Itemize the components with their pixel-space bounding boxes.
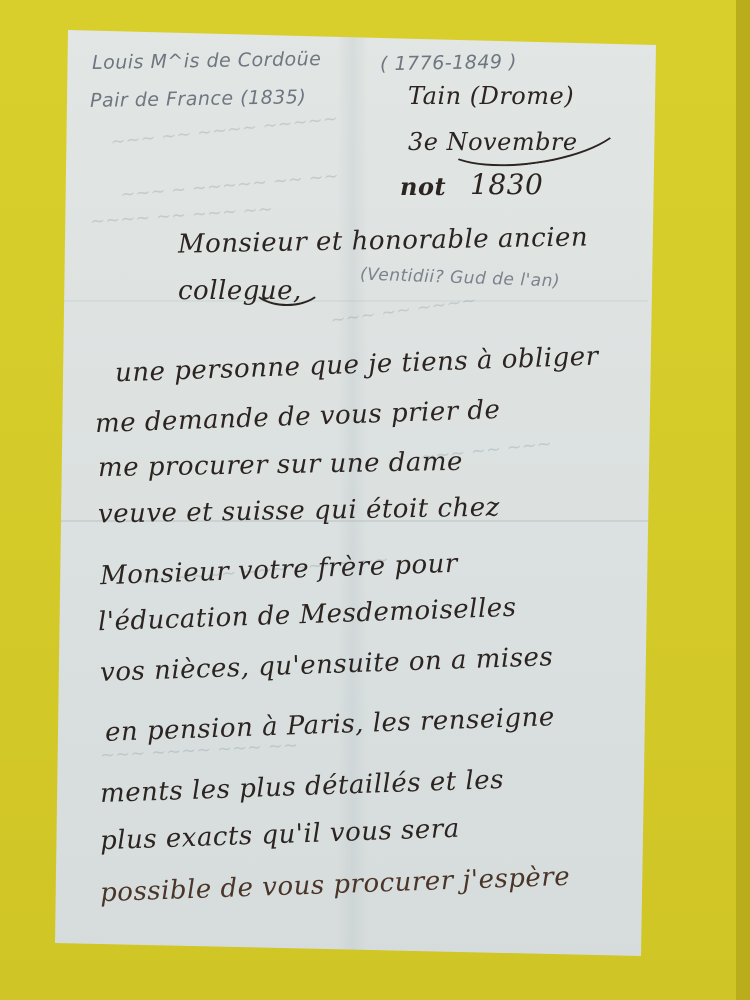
bleed-through-text: ~~~ ~~ ~~~~ ~~~~~ [110,108,339,153]
bleed-through-text: ~~~ ~~ ~~~~ [329,290,478,331]
background-edge-shadow [736,0,750,1000]
letter-year-prefix: not [400,172,446,201]
archival-title-annotation: Pair de France (1835) [90,86,307,112]
bleed-through-text: ~~~~ ~~ ~~~ ~~ [89,199,273,233]
bleed-through-text: ~~~ ~ ~~~~~ ~~ ~~ [120,165,340,205]
archival-name-annotation: Louis M^is de Cordoüe [92,48,322,74]
letter-year: 1830 [470,168,543,201]
salutation-flourish [250,262,324,306]
body-line-3: me procurer sur une dame [98,447,463,483]
paper-fold-line [58,300,648,302]
archival-dates-annotation: ( 1776-1849 ) [380,51,517,75]
